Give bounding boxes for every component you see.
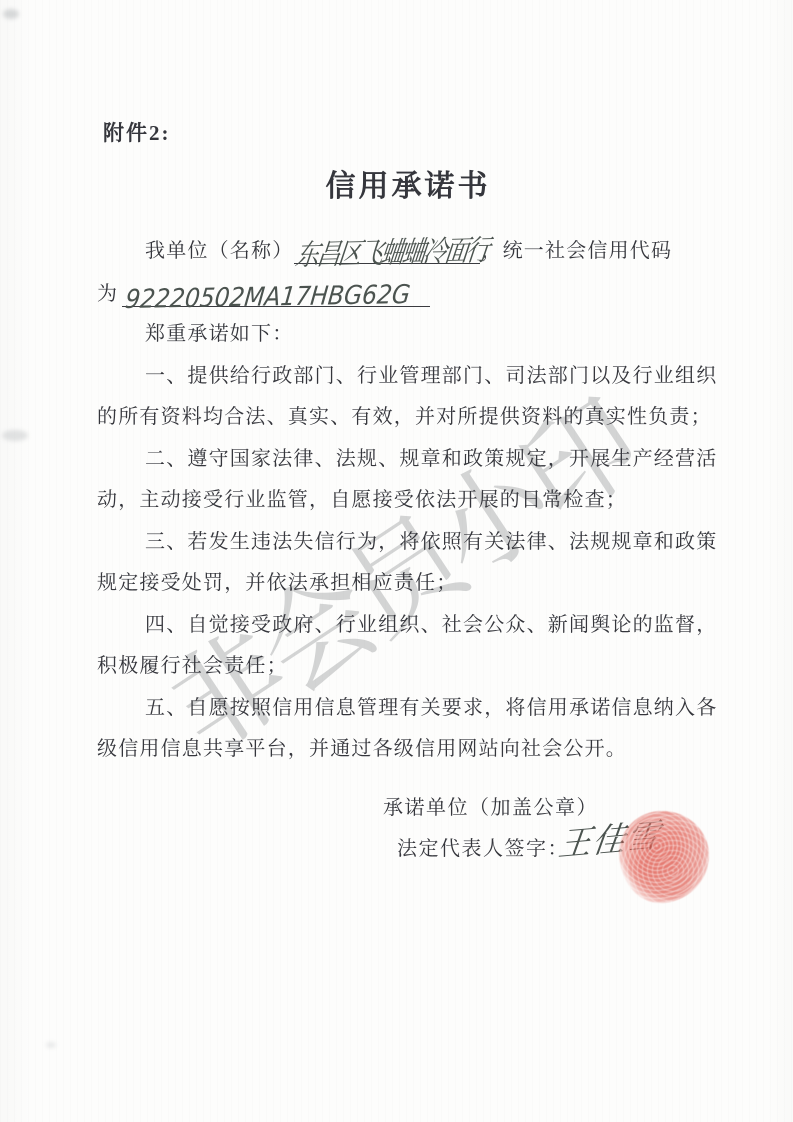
legal-representative-label: 法定代表人签字： <box>397 832 569 861</box>
body-line-2: 的所有资料均合法、真实、有效，并对所提供资料的真实性负责； <box>97 405 712 429</box>
credit-code-line: 为92220502MA17HBG62G <box>97 281 430 307</box>
scanned-document-page: 非会员小印 附件2: 信用承诺书 我单位（名称）东昌区飞蛐蛐冷面行，统一社会信用… <box>0 0 793 1122</box>
commitment-unit-label: 承诺单位（加盖公章） <box>383 791 598 820</box>
scan-artifact <box>46 1042 56 1048</box>
credit-code-handwriting: 92220502MA17HBG62G <box>124 283 411 313</box>
intro-line: 我单位（名称）东昌区飞蛐蛐冷面行，统一社会信用代码 <box>145 238 672 264</box>
company-name-blank: 东昌区飞蛐蛐冷面行 <box>294 238 480 264</box>
body-line-8: 积极履行社会责任； <box>97 654 288 678</box>
attachment-label: 附件2: <box>103 117 171 147</box>
fingerprint-stamp <box>619 811 709 903</box>
body-line-5: 三、若发生违法失信行为，将依照有关法律、法规规章和政策 <box>145 530 717 554</box>
intro-prefix: 我单位（名称） <box>145 239 293 264</box>
scan-artifact <box>3 9 19 19</box>
body-line-10: 级信用信息共享平台，并通过各级信用网站向社会公开。 <box>97 737 627 761</box>
code-label: 为 <box>97 282 118 307</box>
scan-artifact <box>2 430 28 441</box>
body-line-7: 四、自觉接受政府、行业组织、社会公众、新闻舆论的监督， <box>145 613 717 637</box>
body-line-3: 二、遵守国家法律、法规、规章和政策规定，开展生产经营活 <box>145 447 717 471</box>
document-title: 信用承诺书 <box>30 161 786 205</box>
body-line-1: 一、提供给行政部门、行业管理部门、司法部门以及行业组织 <box>145 364 717 388</box>
body-line-4: 动，主动接受行业监管，自愿接受依法开展的日常检查； <box>97 488 627 512</box>
company-name-handwriting: 东昌区飞蛐蛐冷面行 <box>294 238 489 268</box>
body-line-lead: 郑重承诺如下： <box>145 322 293 346</box>
body-line-9: 五、自愿按照信用信息管理有关要求，将信用承诺信息纳入各 <box>145 696 717 720</box>
body-line-6: 规定接受处罚，并依法承担相应责任； <box>97 571 457 595</box>
credit-code-blank: 92220502MA17HBG62G <box>122 281 430 307</box>
intro-suffix: ，统一社会信用代码 <box>481 239 672 264</box>
